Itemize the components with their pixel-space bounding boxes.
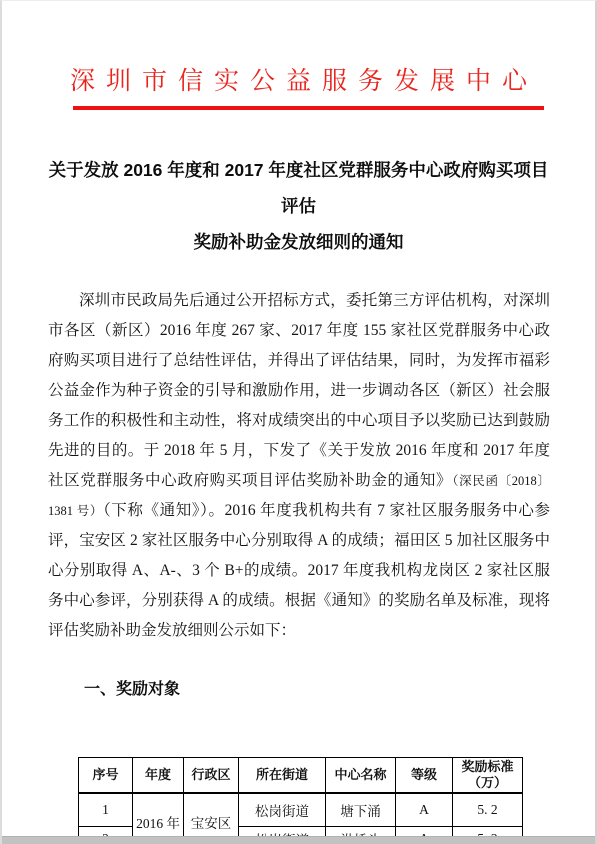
- body-paragraph-text-continued: （下称《通知》）。2016 年度我机构共有 7 家社区服务服务中心参评，宝安区 …: [48, 502, 550, 639]
- col-header-district: 行政区: [184, 758, 239, 794]
- cell-grade: A: [396, 793, 453, 827]
- body-paragraph-text: 深圳市民政局先后通过公开招标方式，委托第三方评估机构，对深圳市各区（新区）201…: [48, 292, 550, 489]
- document-title-line1: 关于发放 2016 年度和 2017 年度社区党群服务中心政府购买项目评估: [49, 160, 549, 216]
- document-page: 深圳市信实公益服务发展中心 关于发放 2016 年度和 2017 年度社区党群服…: [0, 0, 597, 844]
- table-row: 1 2016 年 宝安区 松岗街道 塘下涌 A 5. 2: [79, 793, 523, 827]
- col-header-reward-standard-text: 奖励标准（万）: [460, 759, 516, 791]
- col-header-reward-standard: 奖励标准（万）: [453, 758, 523, 794]
- section-heading-reward-targets: 一、奖励对象: [84, 676, 595, 699]
- body-paragraph: 深圳市民政局先后通过公开招标方式，委托第三方评估机构，对深圳市各区（新区）201…: [48, 286, 550, 646]
- cell-center-name: 塘下涌: [326, 793, 396, 827]
- cell-seq: 1: [79, 793, 133, 827]
- table-header-row: 序号 年度 行政区 所在街道 中心名称 等级 奖励标准（万）: [79, 758, 523, 794]
- col-header-seq: 序号: [79, 758, 133, 794]
- col-header-grade: 等级: [396, 758, 453, 794]
- header-divider: [73, 106, 544, 110]
- reward-table: 序号 年度 行政区 所在街道 中心名称 等级 奖励标准（万） 1 2016 年 …: [78, 757, 523, 844]
- cell-street: 松岗街道: [239, 793, 326, 827]
- org-title: 深圳市信实公益服务发展中心: [2, 61, 595, 97]
- col-header-year: 年度: [133, 758, 184, 794]
- col-header-center-name: 中心名称: [326, 758, 396, 794]
- col-header-street: 所在街道: [239, 758, 326, 794]
- document-title-line2: 奖励补助金发放细则的通知: [194, 232, 404, 252]
- cell-reward: 5. 2: [453, 793, 523, 827]
- page-bottom-edge: [0, 836, 597, 844]
- document-title: 关于发放 2016 年度和 2017 年度社区党群服务中心政府购买项目评估 奖励…: [42, 152, 555, 260]
